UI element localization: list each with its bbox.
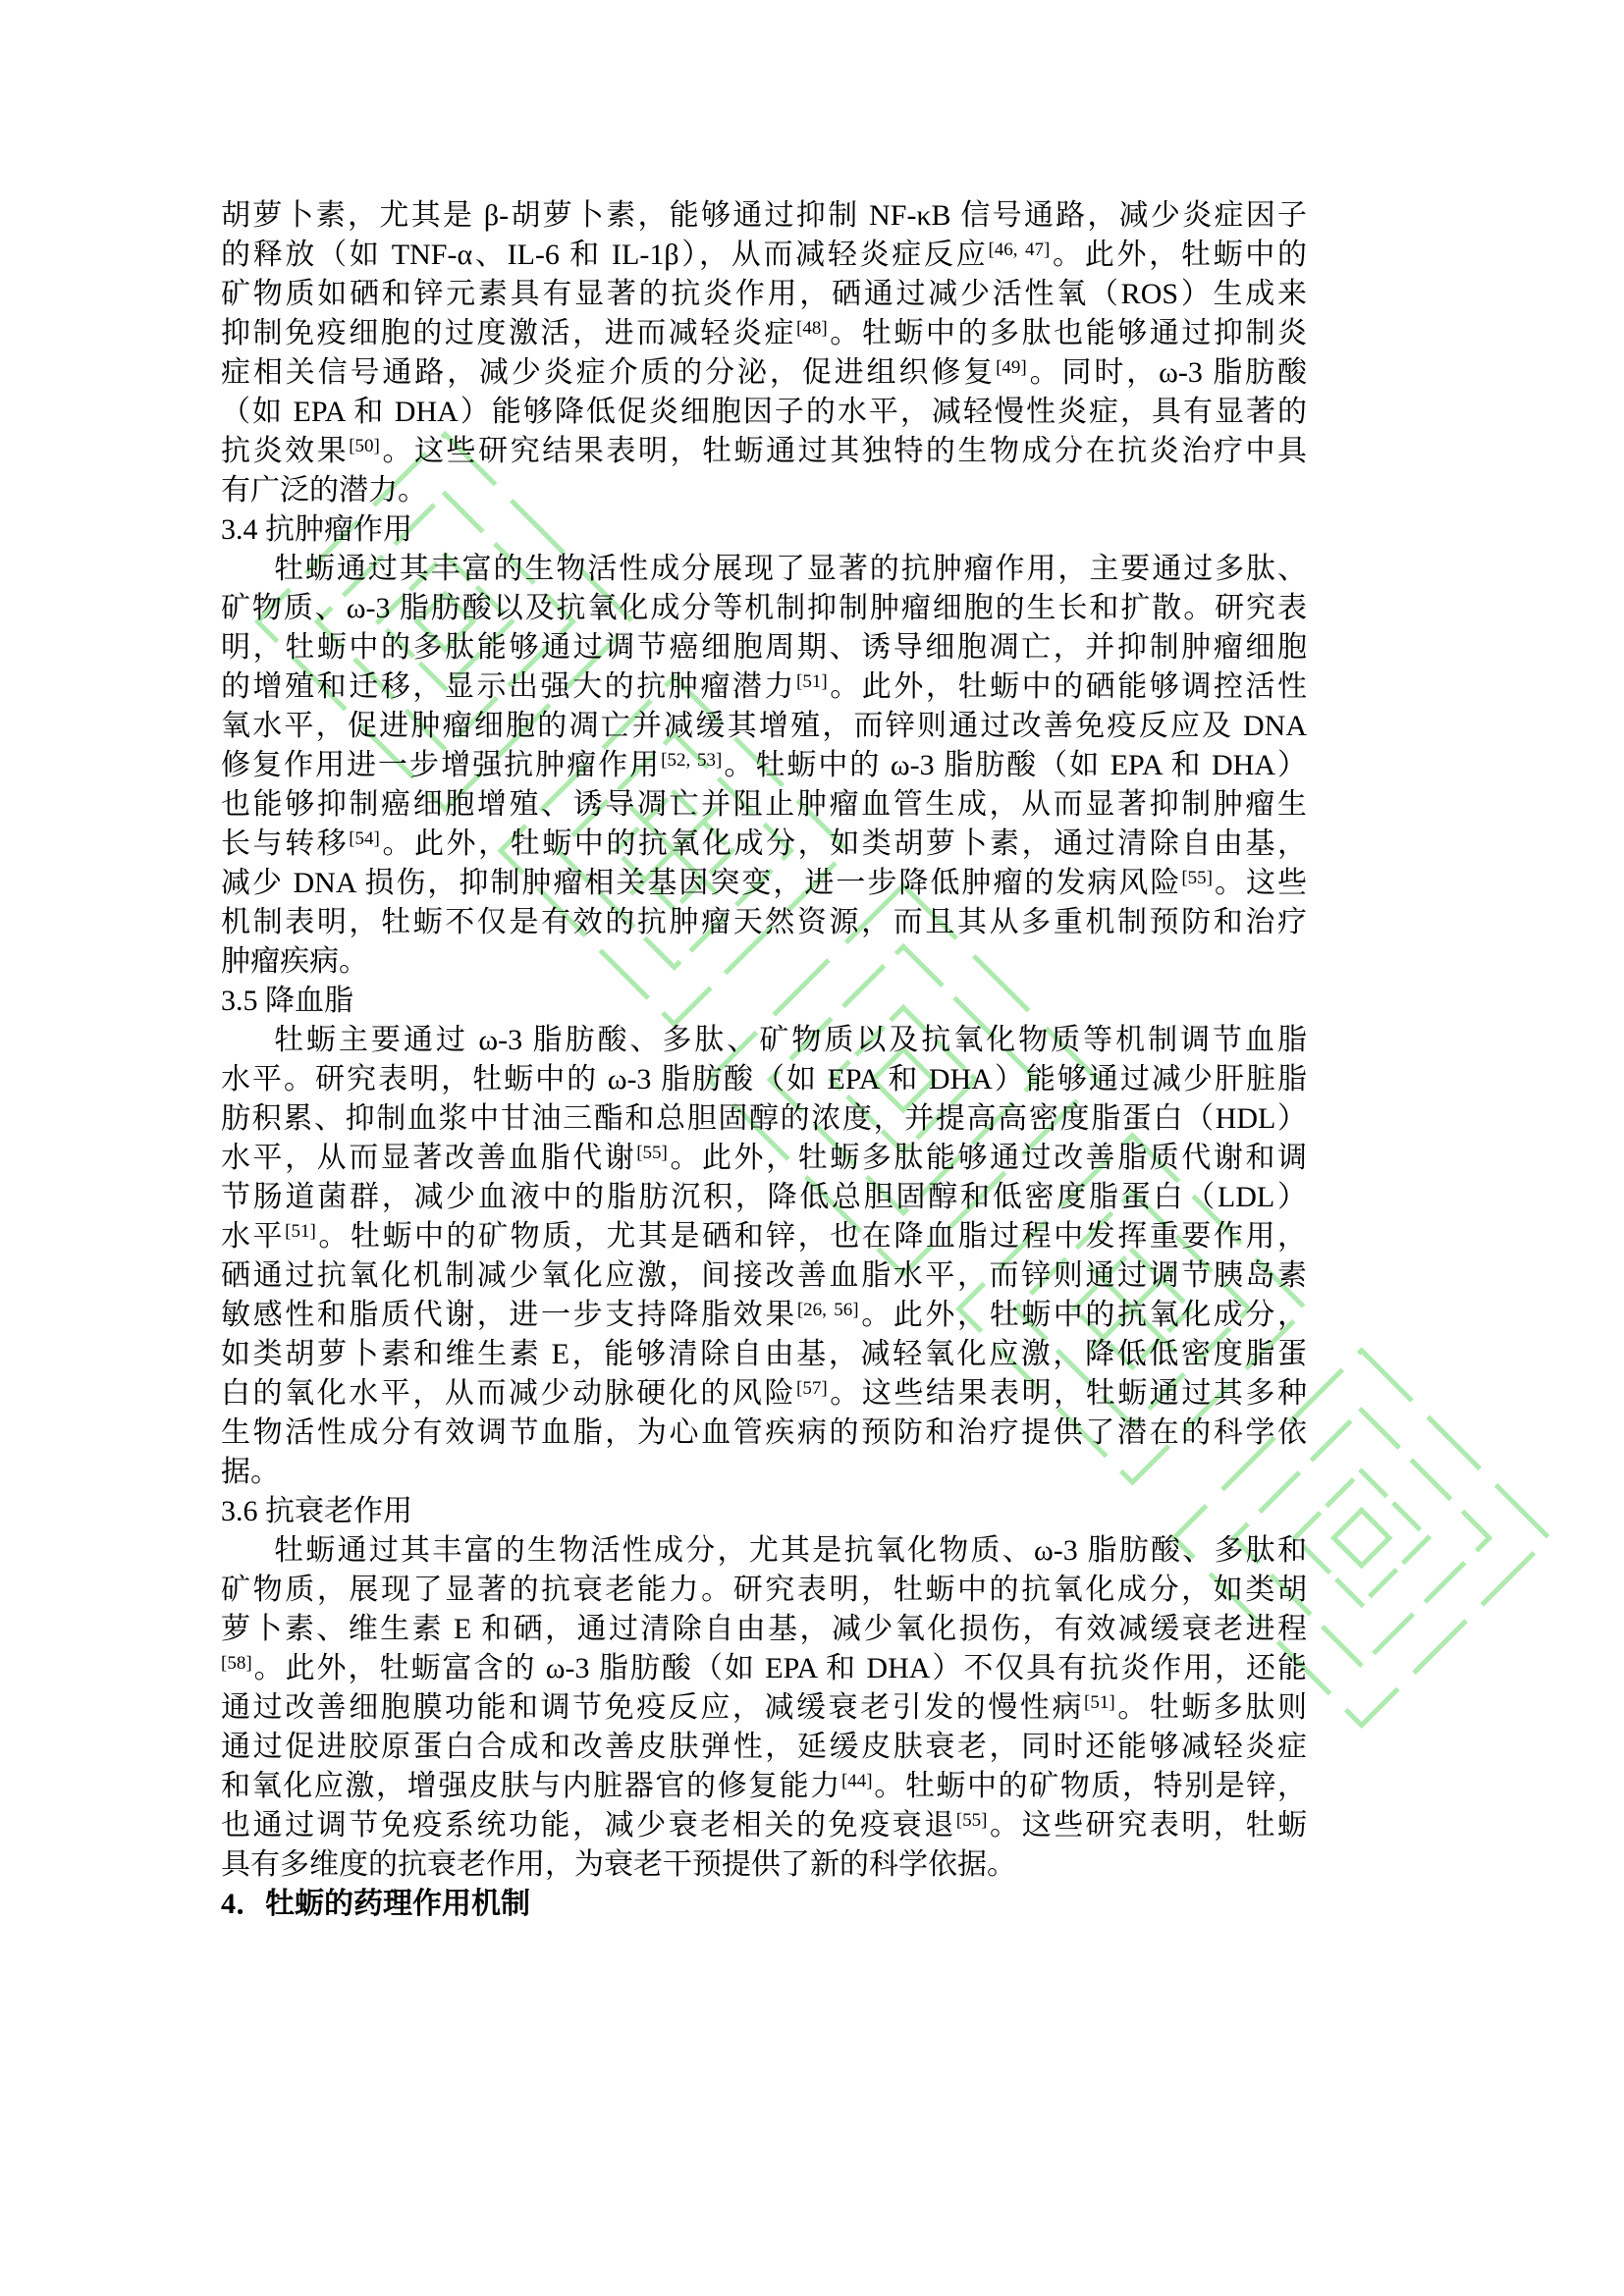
text-line: 牡蛎主要通过 ω-3 脂肪酸、多肽、矿物质以及抗氧化物质等机制调节血脂 bbox=[221, 1021, 1307, 1060]
document-body: 胡萝卜素，尤其是 β-胡萝卜素，能够通过抑制 NF-κB 信号通路，减少炎症因子… bbox=[221, 196, 1307, 1924]
text-line: 明，牡蛎中的多肽能够通过调节癌细胞周期、诱导细胞凋亡，并抑制肿瘤细胞 bbox=[221, 628, 1307, 667]
citation-superscript: [49] bbox=[996, 357, 1027, 378]
paragraph: 牡蛎主要通过 ω-3 脂肪酸、多肽、矿物质以及抗氧化物质等机制调节血脂水平。研究… bbox=[221, 1021, 1307, 1492]
citation-superscript: [57] bbox=[796, 1378, 828, 1399]
text-line: 矿物质、ω-3 脂肪酸以及抗氧化成分等机制抑制肿瘤细胞的生长和扩散。研究表 bbox=[221, 589, 1307, 628]
text-line: 萝卜素、维生素 E 和硒，通过清除自由基，减少氧化损伤，有效减缓衰老进程 bbox=[221, 1610, 1307, 1649]
paragraph: 胡萝卜素，尤其是 β-胡萝卜素，能够通过抑制 NF-κB 信号通路，减少炎症因子… bbox=[221, 196, 1307, 510]
text-line: 具有多维度的抗衰老作用，为衰老干预提供了新的科学依据。 bbox=[221, 1845, 1307, 1885]
text-line: 肿瘤疾病。 bbox=[221, 942, 1307, 982]
citation-superscript: [51] bbox=[1084, 1692, 1115, 1713]
text-line: 也能够抑制癌细胞增殖、诱导凋亡并阻止肿瘤血管生成，从而显著抑制肿瘤生 bbox=[221, 785, 1307, 825]
text-line: 也通过调节免疫系统功能，减少衰老相关的免疫衰退[55]。这些研究表明，牡蛎 bbox=[221, 1806, 1307, 1845]
text-line: [58]。此外，牡蛎富含的 ω-3 脂肪酸（如 EPA 和 DHA）不仅具有抗炎… bbox=[221, 1649, 1307, 1688]
text-line: 牡蛎通过其丰富的生物活性成分，尤其是抗氧化物质、ω-3 脂肪酸、多肽和 bbox=[221, 1531, 1307, 1571]
citation-superscript: [55] bbox=[1181, 868, 1213, 888]
citation-superscript: [50] bbox=[349, 436, 380, 456]
text-line: 水平，从而显著改善血脂代谢[55]。此外，牡蛎多肽能够通过改善脂质代谢和调 bbox=[221, 1139, 1307, 1178]
text-line: 的增殖和迁移，显示出强大的抗肿瘤潜力[51]。此外，牡蛎中的硒能够调控活性 bbox=[221, 667, 1307, 707]
text-line: 氧水平，促进肿瘤细胞的凋亡并减缓其增殖，而锌则通过改善免疫反应及 DNA bbox=[221, 707, 1307, 746]
text-line: 水平[51]。牡蛎中的矿物质，尤其是硒和锌，也在降血脂过程中发挥重要作用， bbox=[221, 1217, 1307, 1256]
text-line: （如 EPA 和 DHA）能够降低促炎细胞因子的水平，减轻慢性炎症，具有显著的 bbox=[221, 393, 1307, 432]
text-line: 抑制免疫细胞的过度激活，进而减轻炎症[48]。牡蛎中的多肽也能够通过抑制炎 bbox=[221, 314, 1307, 353]
text-line: 修复作用进一步增强抗肿瘤作用[52, 53]。牡蛎中的 ω-3 脂肪酸（如 EP… bbox=[221, 746, 1307, 785]
citation-superscript: [46, 47] bbox=[988, 240, 1050, 260]
citation-superscript: [52, 53] bbox=[661, 750, 722, 771]
paragraph: 牡蛎通过其丰富的生物活性成分展现了显著的抗肿瘤作用，主要通过多肽、矿物质、ω-3… bbox=[221, 550, 1307, 982]
text-line: 矿物质如硒和锌元素具有显著的抗炎作用，硒通过减少活性氧（ROS）生成来 bbox=[221, 275, 1307, 314]
citation-superscript: [48] bbox=[796, 318, 828, 339]
citation-superscript: [58] bbox=[221, 1653, 252, 1674]
text-line: 的释放（如 TNF-α、IL-6 和 IL-1β），从而减轻炎症反应[46, 4… bbox=[221, 236, 1307, 275]
heading-text: 3.5 降血脂 bbox=[221, 982, 1307, 1021]
section-heading: 3.6 抗衰老作用 bbox=[221, 1492, 1307, 1531]
text-line: 节肠道菌群，减少血液中的脂肪沉积，降低总胆固醇和低密度脂蛋白（LDL） bbox=[221, 1178, 1307, 1217]
text-line: 如类胡萝卜素和维生素 E，能够清除自由基，减轻氧化应激，降低低密度脂蛋 bbox=[221, 1335, 1307, 1374]
heading-text: 4．牡蛎的药理作用机制 bbox=[221, 1885, 1307, 1924]
text-line: 肪积累、抑制血浆中甘油三酯和总胆固醇的浓度，并提高高密度脂蛋白（HDL） bbox=[221, 1099, 1307, 1139]
text-line: 敏感性和脂质代谢，进一步支持降脂效果[26, 56]。此外，牡蛎中的抗氧化成分， bbox=[221, 1296, 1307, 1335]
section-heading: 4．牡蛎的药理作用机制 bbox=[221, 1885, 1307, 1924]
section-heading: 3.5 降血脂 bbox=[221, 982, 1307, 1021]
section-heading: 3.4 抗肿瘤作用 bbox=[221, 510, 1307, 550]
text-line: 生物活性成分有效调节血脂，为心血管疾病的预防和治疗提供了潜在的科学依 bbox=[221, 1414, 1307, 1453]
text-line: 据。 bbox=[221, 1453, 1307, 1492]
text-line: 通过改善细胞膜功能和调节免疫反应，减缓衰老引发的慢性病[51]。牡蛎多肽则 bbox=[221, 1688, 1307, 1728]
text-line: 硒通过抗氧化机制减少氧化应激，间接改善血脂水平，而锌则通过调节胰岛素 bbox=[221, 1256, 1307, 1296]
text-line: 牡蛎通过其丰富的生物活性成分展现了显著的抗肿瘤作用，主要通过多肽、 bbox=[221, 550, 1307, 589]
text-line: 通过促进胶原蛋白合成和改善皮肤弹性，延缓皮肤衰老，同时还能够减轻炎症 bbox=[221, 1728, 1307, 1767]
citation-superscript: [26, 56] bbox=[797, 1300, 859, 1320]
heading-text: 3.4 抗肿瘤作用 bbox=[221, 510, 1307, 550]
text-line: 胡萝卜素，尤其是 β-胡萝卜素，能够通过抑制 NF-κB 信号通路，减少炎症因子 bbox=[221, 196, 1307, 236]
text-line: 矿物质，展现了显著的抗衰老能力。研究表明，牡蛎中的抗氧化成分，如类胡 bbox=[221, 1571, 1307, 1610]
text-line: 有广泛的潜力。 bbox=[221, 471, 1307, 510]
text-line: 和氧化应激，增强皮肤与内脏器官的修复能力[44]。牡蛎中的矿物质，特别是锌， bbox=[221, 1767, 1307, 1806]
text-line: 减少 DNA 损伤，抑制肿瘤相关基因突变，进一步降低肿瘤的发病风险[55]。这些 bbox=[221, 864, 1307, 903]
citation-superscript: [55] bbox=[956, 1810, 988, 1831]
text-line: 长与转移[54]。此外，牡蛎中的抗氧化成分，如类胡萝卜素，通过清除自由基， bbox=[221, 825, 1307, 864]
text-line: 白的氧化水平，从而减少动脉硬化的风险[57]。这些结果表明，牡蛎通过其多种 bbox=[221, 1374, 1307, 1414]
document-page: 胡萝卜素，尤其是 β-胡萝卜素，能够通过抑制 NF-κB 信号通路，减少炎症因子… bbox=[0, 0, 1624, 2296]
heading-text: 3.6 抗衰老作用 bbox=[221, 1492, 1307, 1531]
paragraph: 牡蛎通过其丰富的生物活性成分，尤其是抗氧化物质、ω-3 脂肪酸、多肽和矿物质，展… bbox=[221, 1531, 1307, 1885]
citation-superscript: [51] bbox=[285, 1221, 316, 1242]
citation-superscript: [55] bbox=[636, 1143, 668, 1163]
citation-superscript: [51] bbox=[796, 671, 828, 692]
citation-superscript: [54] bbox=[349, 828, 380, 849]
citation-superscript: [44] bbox=[841, 1771, 873, 1791]
text-line: 机制表明，牡蛎不仅是有效的抗肿瘤天然资源，而且其从多重机制预防和治疗 bbox=[221, 903, 1307, 942]
text-line: 水平。研究表明，牡蛎中的 ω-3 脂肪酸（如 EPA 和 DHA）能够通过减少肝… bbox=[221, 1060, 1307, 1099]
text-line: 抗炎效果[50]。这些研究结果表明，牡蛎通过其独特的生物成分在抗炎治疗中具 bbox=[221, 432, 1307, 471]
text-line: 症相关信号通路，减少炎症介质的分泌，促进组织修复[49]。同时，ω-3 脂肪酸 bbox=[221, 353, 1307, 393]
